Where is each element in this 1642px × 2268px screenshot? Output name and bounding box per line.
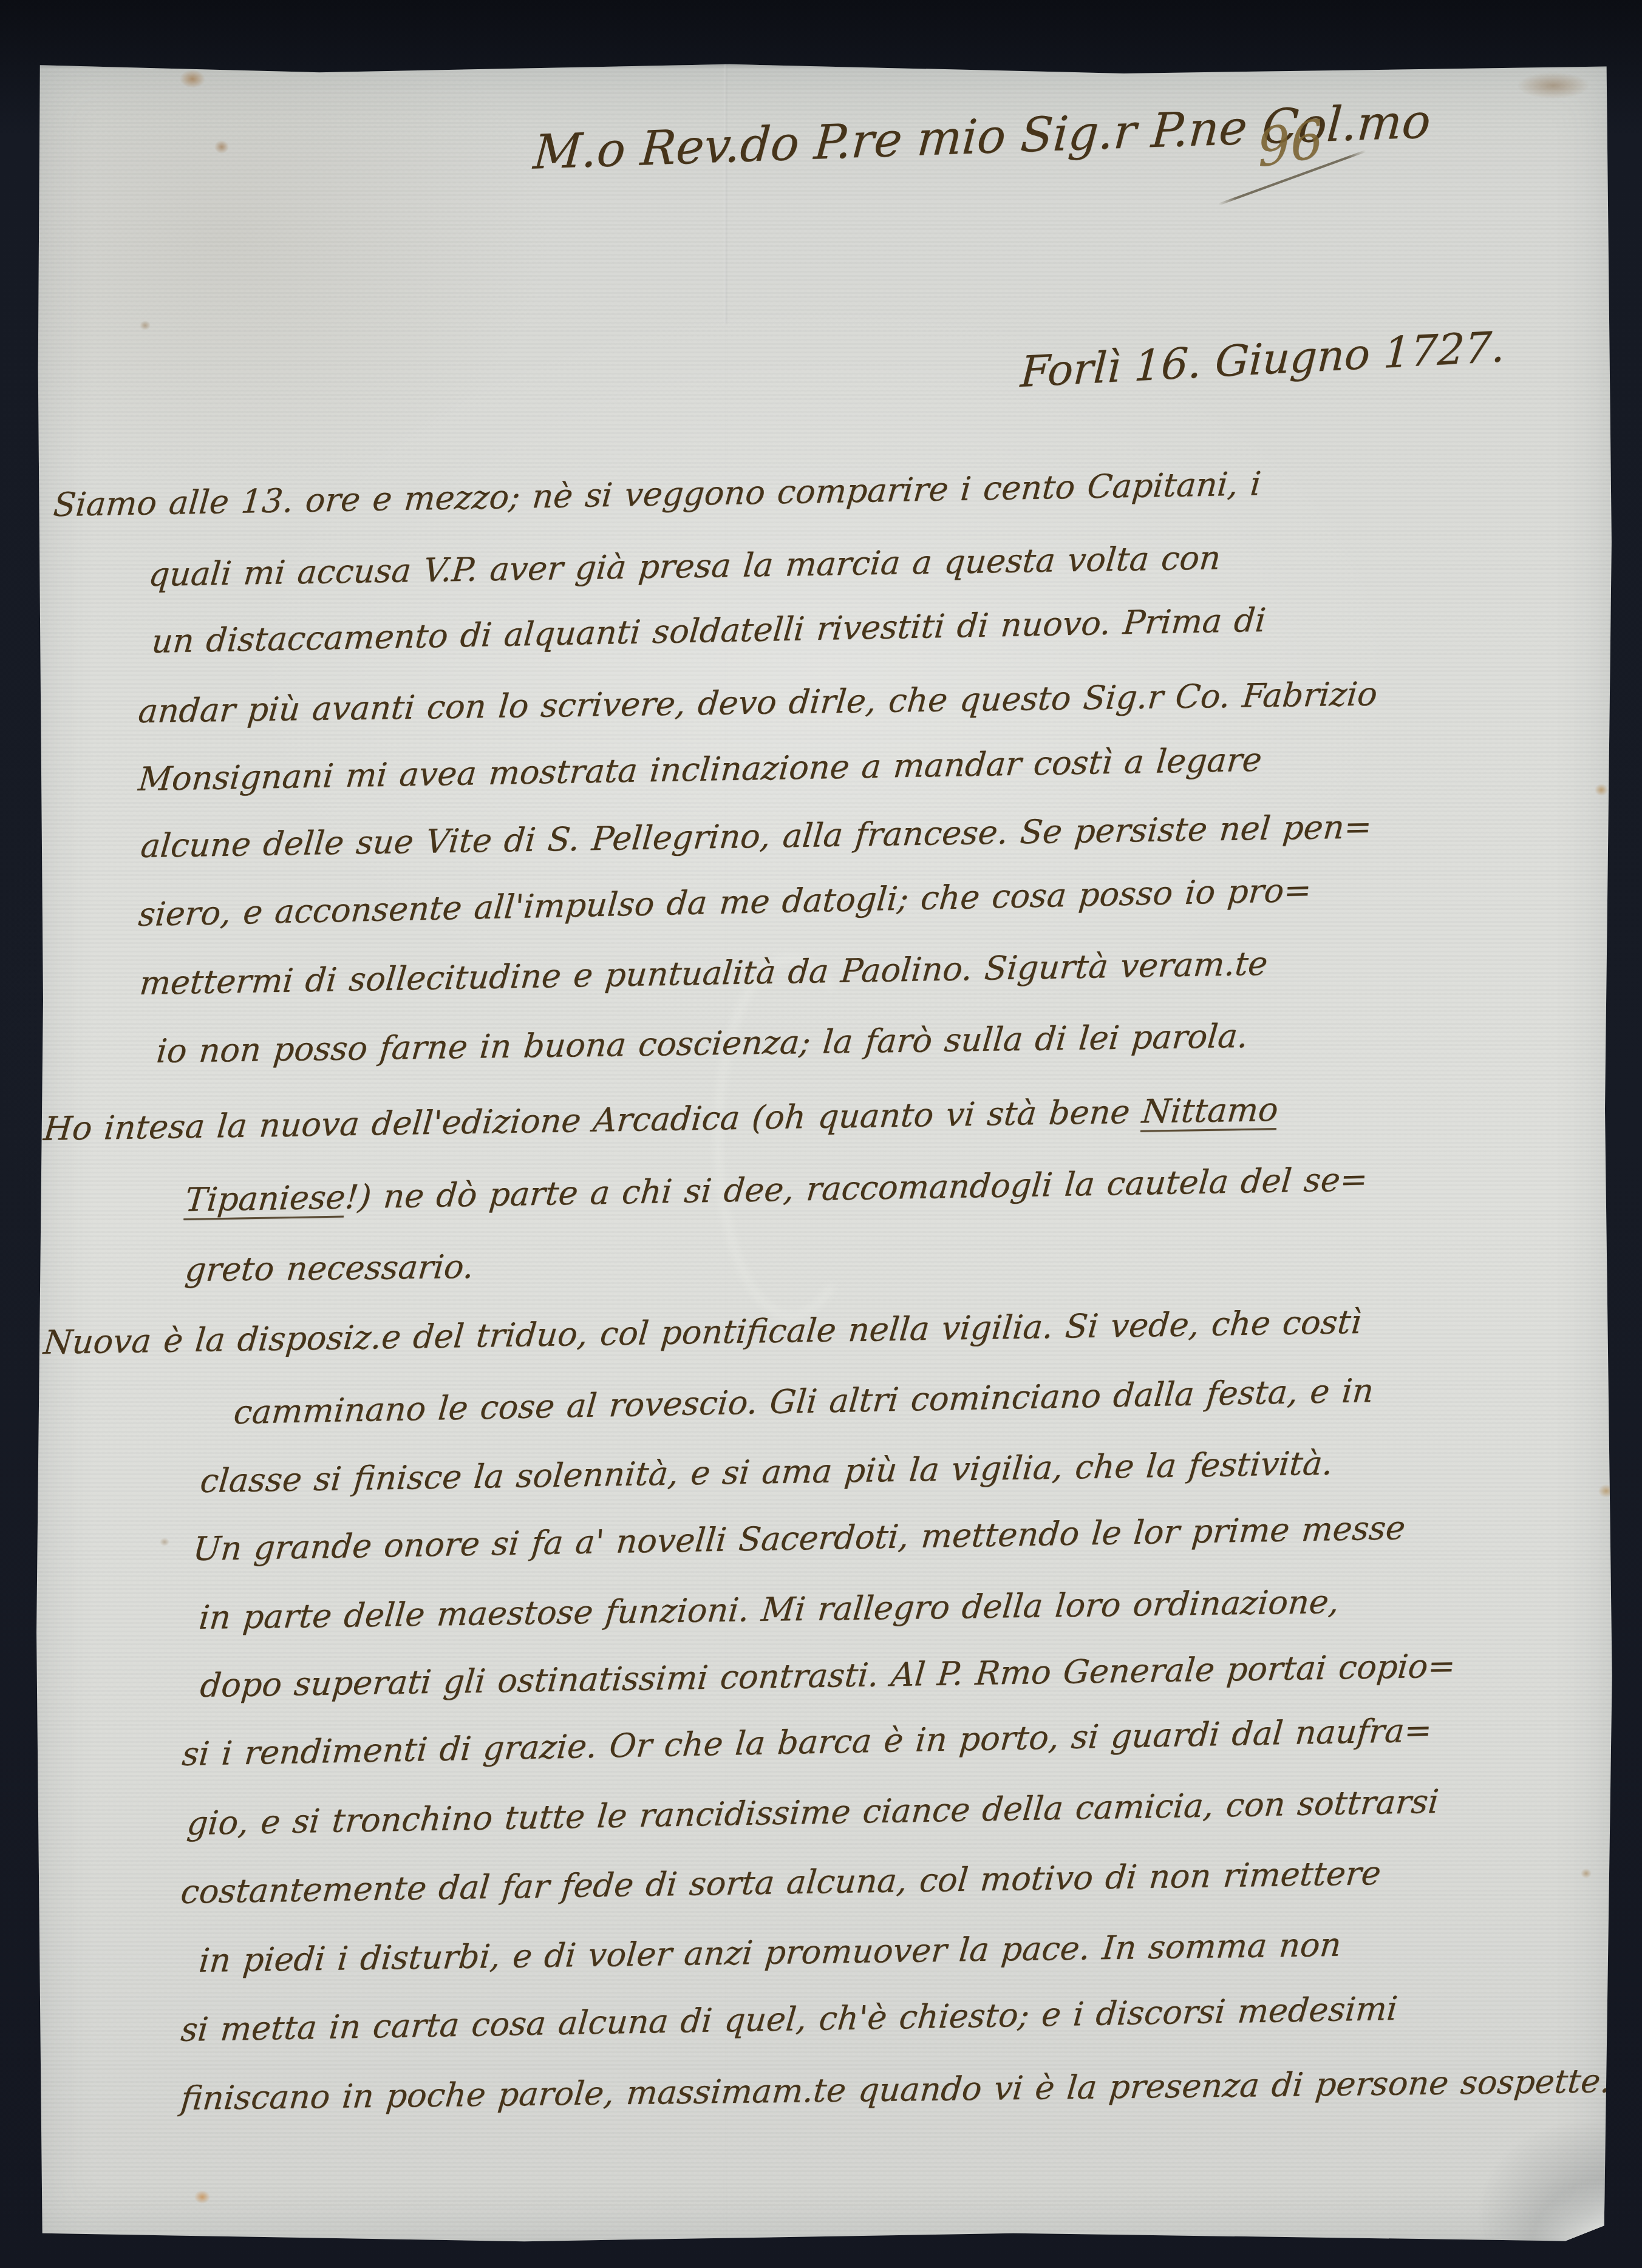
manuscript-line-15: classe si finisce la solennità, e si ama… [199,1444,1334,1500]
manuscript-line-9: io non posso farne in buona coscienza; l… [155,1017,1250,1070]
manuscript-line-2: quali mi accusa V.P. aver già presa la m… [147,538,1222,594]
stain [1595,784,1608,796]
manuscript-line-3: un distaccamento di alquanti soldatelli … [150,601,1267,660]
paper-crease [724,63,727,324]
stain [1598,1484,1613,1498]
manuscript-line-24: finiscano in poche parole, massimam.te q… [179,2062,1612,2117]
manuscript-line-20: gio, e si tronchino tutte le rancidissim… [185,1782,1440,1842]
stain [180,70,205,88]
photograph-background: M.o Rev.do P.re mio Sig.r P.ne Col.mo 96… [0,0,1642,2268]
manuscript-line-10: Ho intesa la nuova dell'edizione Arcadic… [42,1090,1279,1148]
letter-dateline: Forlì 16. Giugno 1727. [1019,322,1506,397]
stain [194,2190,210,2204]
stain [140,321,151,330]
stain [214,140,229,154]
manuscript-line-18: dopo superati gli ostinatissimi contrast… [199,1646,1457,1705]
underlined-word: Tipaniese [183,1178,347,1219]
manuscript-line-5: Monsignani mi avea mostrata inclinazione… [137,741,1263,798]
manuscript-line-8: mettermi di sollecitudine e puntualità d… [138,945,1269,1003]
manuscript-line-6: alcune delle sue Vite di S. Pellegrino, … [139,807,1374,865]
manuscript-line-21: costantemente dal far fede di sorta alcu… [179,1854,1382,1911]
manuscript-line-4: andar più avanti con lo scrivere, devo d… [137,674,1379,730]
stain [160,1538,169,1546]
manuscript-line-1: Siamo alle 13. ore e mezzo; nè si veggon… [52,464,1262,524]
stain [1517,72,1590,99]
manuscript-line-12: greto necessario. [183,1248,475,1289]
manuscript-line-22: in piedi i disturbi, e di voler anzi pro… [197,1926,1343,1980]
manuscript-line-14: camminano le cose al rovescio. Gli altri… [232,1371,1375,1431]
manuscript-line-13: Nuova è la disposiz.e del triduo, col po… [42,1303,1363,1362]
manuscript-line-16: Un grande onore si fa a' novelli Sacerdo… [191,1509,1407,1568]
letter-paper: M.o Rev.do P.re mio Sig.r P.ne Col.mo 96… [35,63,1613,2243]
paper-top-fold [35,63,1613,69]
paper-corner-curl [1434,2088,1613,2243]
manuscript-line-19: si i rendimenti di grazie. Or che la bar… [180,1711,1433,1773]
manuscript-line-23: si metta in carta cosa alcuna di quel, c… [179,1989,1399,2049]
manuscript-line-17: in parte delle maestose funzioni. Mi ral… [197,1583,1341,1637]
underlined-word: Nittamo [1140,1090,1279,1131]
line-text: Ho intesa la nuova dell'edizione Arcadic… [42,1093,1143,1149]
stain [1581,1869,1592,1878]
